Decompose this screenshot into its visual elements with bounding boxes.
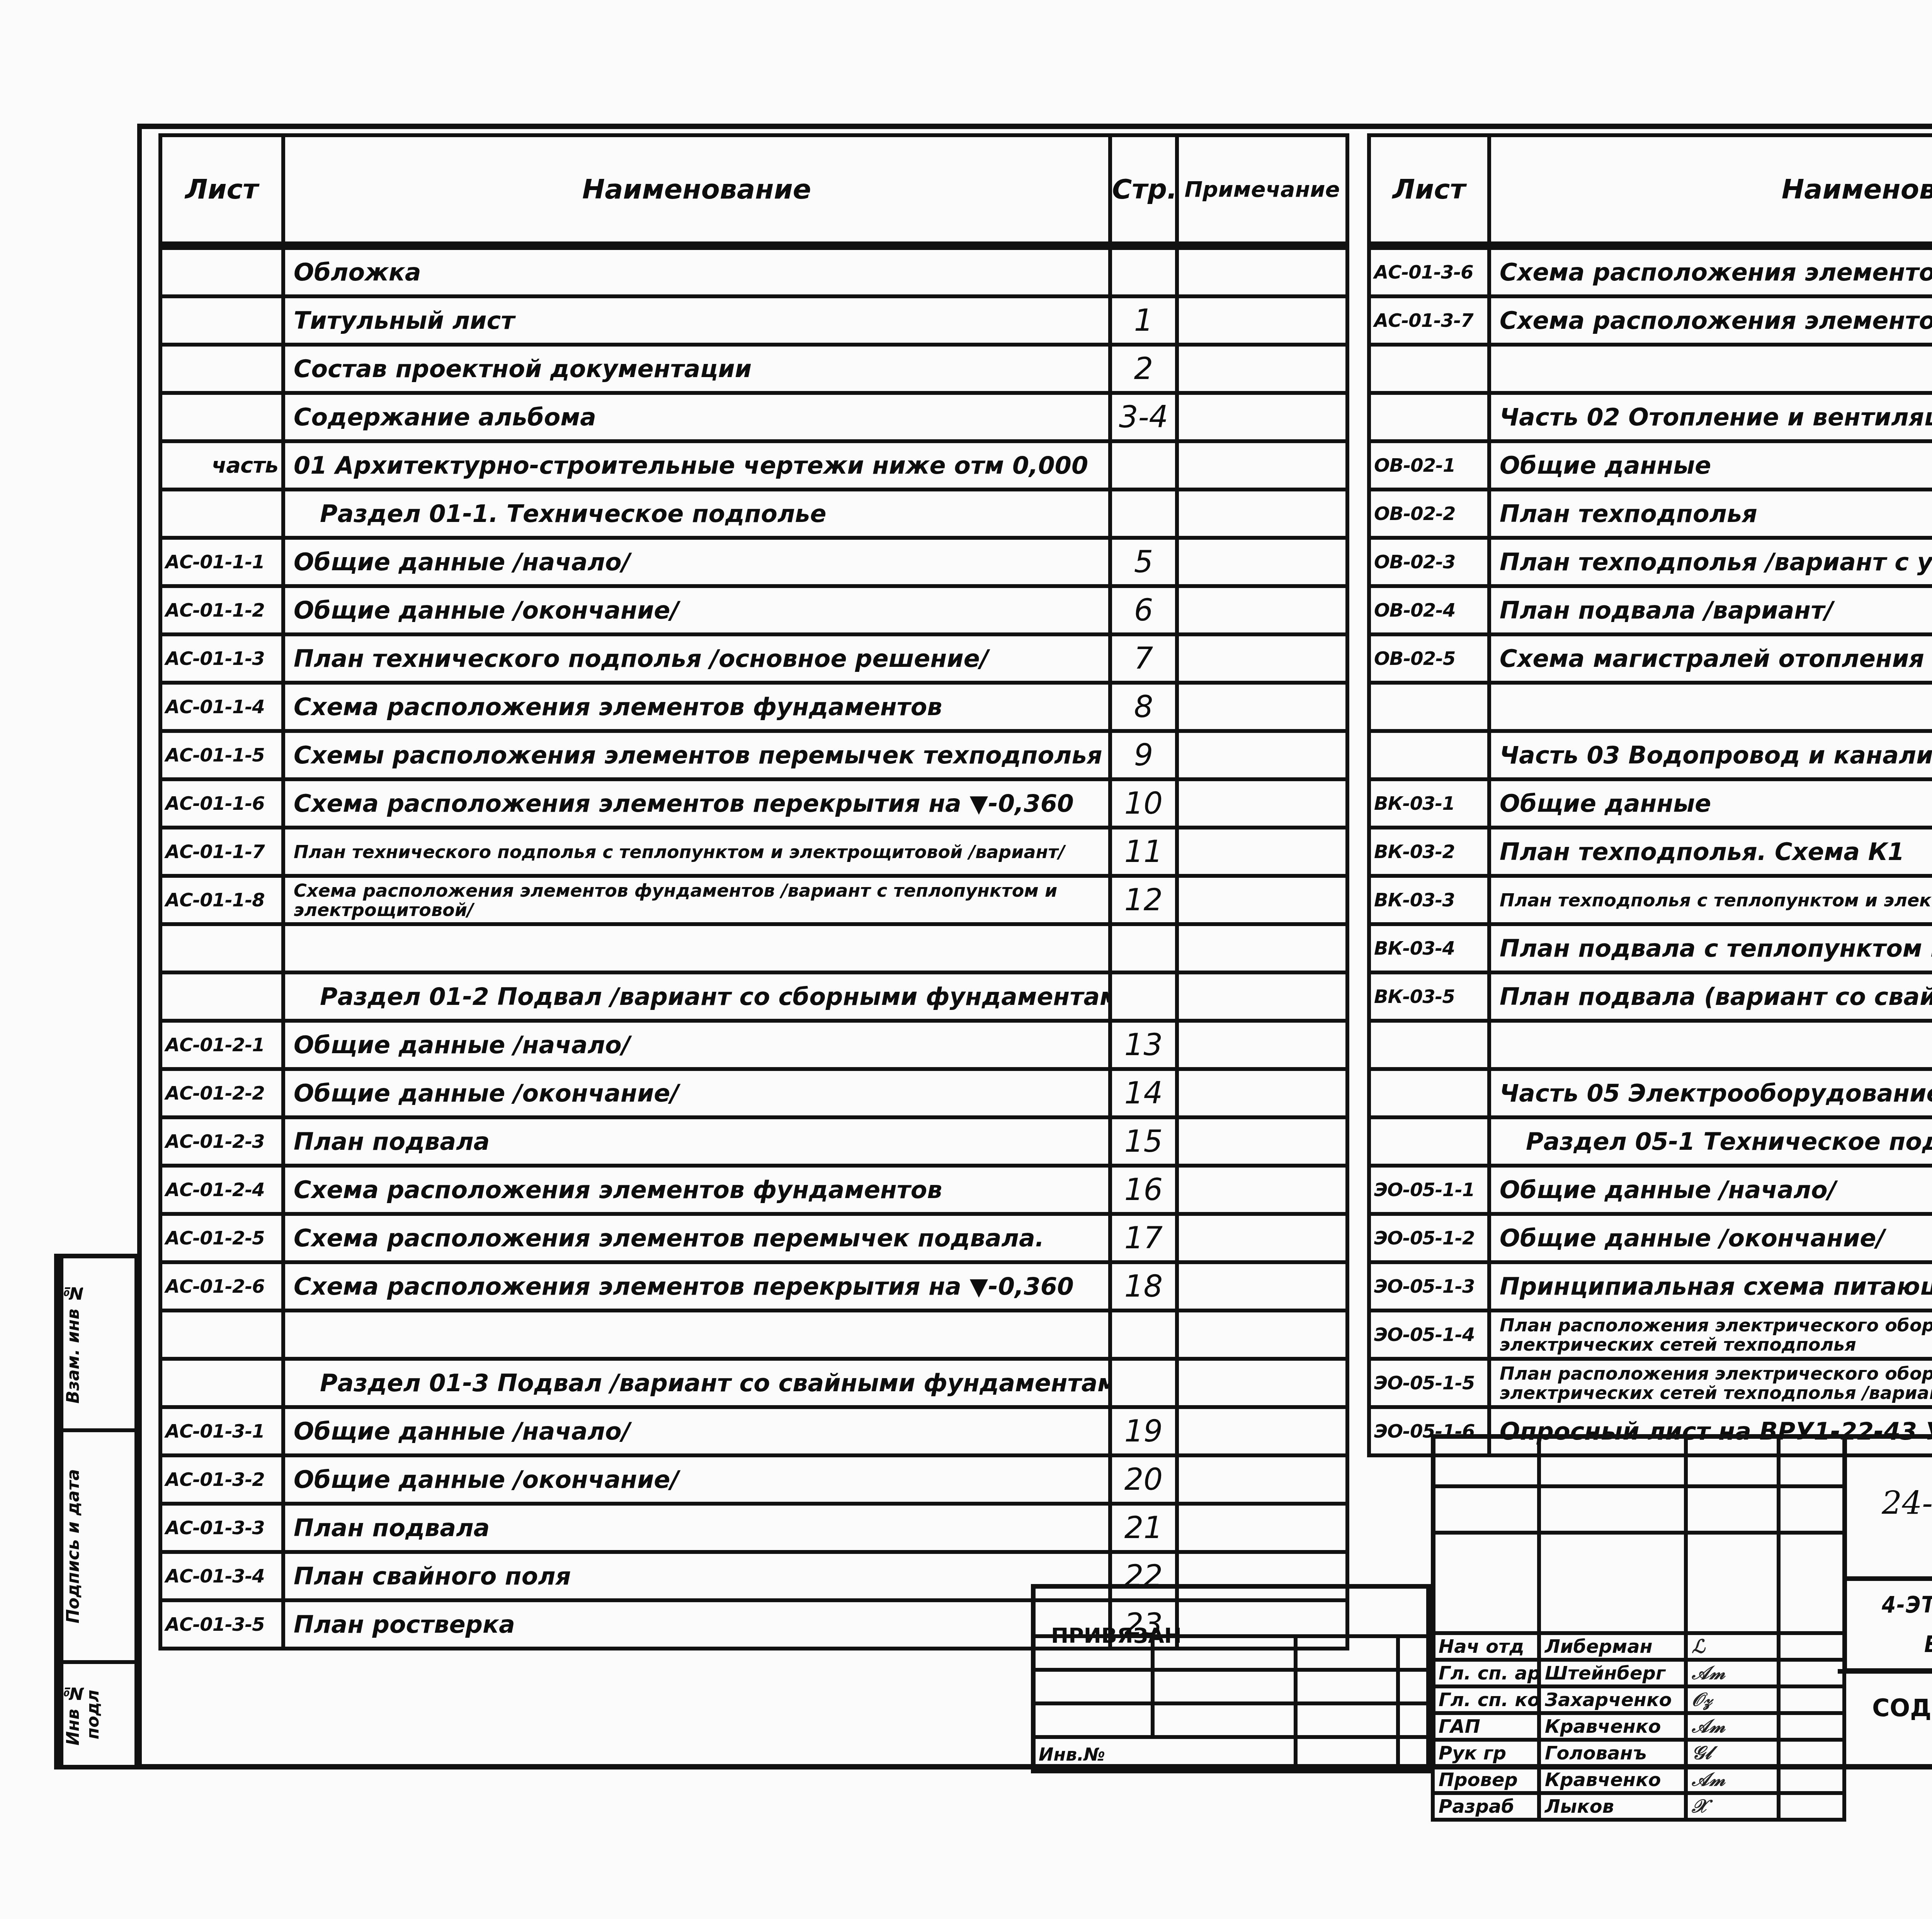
cell-name: Общие данные /окончание/ [283,1455,1110,1504]
privyazan-grid: Инв.№ [1031,1634,1435,1773]
signature: 𝒜𝓂 [1686,1660,1779,1686]
cell-name: Состав проектной документации [283,345,1110,393]
signature-date [1779,1740,1844,1766]
title-block: Нач отдЛиберманℒГл. сп. архШтейнберг𝒜𝓂Гл… [1431,1434,1932,1769]
cell-sheet [160,246,283,296]
cell-name: Общие данные /начало/ [283,1407,1110,1455]
cell-name: Схема расположения элементов перекрытия … [1489,296,1932,345]
signatory-name: Захарченко [1539,1686,1686,1713]
signatory-row: Рук грГолованъ𝒢𝓁 [1433,1740,1844,1766]
cell-note [1177,1214,1347,1262]
inventory-number-label: Инв.№ [1033,1737,1296,1771]
signatory-role: Рук гр [1433,1740,1539,1766]
table-row: Раздел 01-2 Подвал /вариант со сборными … [160,972,1347,1021]
signatory-name: Либерман [1539,1633,1686,1660]
table-row: АС-01-1-7План технического подполья с те… [160,828,1347,876]
cell-sheet [1369,731,1489,779]
cell-name: План подвала (вариант со свайными фундам… [1489,972,1932,1021]
side-stamp-label-replace: Взам. инв № [59,1258,98,1428]
table-row: Раздел 01-1. Техническое подполье [160,490,1347,538]
cell-page: 19 [1110,1407,1177,1455]
cell-page: 20 [1110,1455,1177,1504]
cell-name: Общие данные /начало/ [283,538,1110,586]
cell-name: Схема расположения элементов перемычек [1489,246,1932,296]
table-row: ЭО-05-1-2Общие данные /окончание/37 [1369,1214,1932,1262]
cell-sheet: часть [160,441,283,490]
cell-sheet: ВК-03-1 [1369,779,1489,828]
cell-sheet [1369,1069,1489,1117]
table-row: АС-01-2-6Схема расположения элементов пе… [160,1262,1347,1310]
table-row: АС-01-2-3План подвала15 [160,1117,1347,1166]
cell-name: План подвала [283,1117,1110,1166]
cell-page: 13 [1110,1021,1177,1069]
cell-note [1177,246,1347,296]
side-stamp-cell-replace: Взам. инв № [59,1258,134,1432]
cell-name: План техподполья /вариант с узлом управл… [1489,538,1932,586]
signatory-name: Кравченко [1539,1766,1686,1793]
cell-page: 15 [1110,1117,1177,1166]
cell-name: Общие данные /начало/ [1489,1166,1932,1214]
cell-name: 01 Архитектурно-строительные чертежи ниж… [283,441,1110,490]
cell-page: 21 [1110,1504,1177,1552]
cell-note [1177,1262,1347,1310]
cell-sheet: АС-01-3-1 [160,1407,283,1455]
object-title-line2-prefix: блок-секция [1924,1631,1932,1657]
privyazan-block: Привязан Инв.№ [1031,1584,1431,1769]
cell-note [1177,876,1347,924]
table-row: ВК-03-4План подвала с теплопунктом и эле… [1369,924,1932,972]
signatory-role: Провер [1433,1766,1539,1793]
cell-name: Титульный лист [283,296,1110,345]
cell-name: Обложка [283,246,1110,296]
cell-name: Схема расположения элементов фундаментов… [283,876,1110,924]
cell-page: 10 [1110,779,1177,828]
cell-sheet: ВК-03-5 [1369,972,1489,1021]
table-row: АС-01-1-4Схема расположения элементов фу… [160,683,1347,731]
cell-sheet: АС-01-3-7 [1369,296,1489,345]
table-row: АС-01-2-4Схема расположения элементов фу… [160,1166,1347,1214]
cell-sheet: ВК-03-2 [1369,828,1489,876]
toc-table-right: Лист Наименование Стр. Примечание АС-01-… [1367,133,1932,1457]
cell-name: План технического подполья с теплопункто… [283,828,1110,876]
table-row: АС-01-1-3План технического подполья /осн… [160,634,1347,683]
cell-name: Схема расположения элементов перекрытия … [283,1262,1110,1310]
signatory-role: Гл. сп. кон [1433,1686,1539,1713]
cell-name: Общие данные /начало/ [283,1021,1110,1069]
signature: 𝒜𝓂 [1686,1713,1779,1740]
table-row: АС-01-1-6Схема расположения элементов пе… [160,779,1347,828]
cell-name: План техподполья [1489,490,1932,538]
cell-name: План ростверка [283,1600,1110,1649]
cell-note [1177,828,1347,876]
cell-sheet: ОВ-02-1 [1369,441,1489,490]
table-row: АС-01-3-3План подвала21 [160,1504,1347,1552]
cell-sheet: ЭО-05-1-2 [1369,1214,1489,1262]
table-row: Часть 02 Отопление и вентиляция ниже отм… [1369,393,1932,441]
cell-page: 17 [1110,1214,1177,1262]
table-row: часть01 Архитектурно-строительные чертеж… [160,441,1347,490]
table-row: ОВ-02-2План техподполья27 [1369,490,1932,538]
cell-name: Схемы расположения элементов перемычек т… [283,731,1110,779]
cell-note [1177,586,1347,634]
signatory-row: ГАПКравченко𝒜𝓂 [1433,1713,1844,1740]
cell-page: 3-4 [1110,393,1177,441]
cell-name: Часть 02 Отопление и вентиляция ниже отм… [1489,393,1932,441]
cell-note [1177,779,1347,828]
table-row: Часть 03 Водопровод и канализация ниже о… [1369,731,1932,779]
cell-note [1177,1504,1347,1552]
signatory-name: Штейнберг [1539,1660,1686,1686]
table-row: ОВ-02-3План техподполья /вариант с узлом… [1369,538,1932,586]
table-row: ЭО-05-1-5План расположения электрическог… [1369,1359,1932,1407]
cell-name: Схема расположения элементов перемычек п… [283,1214,1110,1262]
cell-page: 18 [1110,1262,1177,1310]
table-row: ОВ-02-4План подвала /вариант/29 [1369,586,1932,634]
cell-page [1110,490,1177,538]
cell-page: 8 [1110,683,1177,731]
cell-page [1110,1310,1177,1359]
table-row: ВК-03-3План техподполья с теплопунктом и… [1369,876,1932,924]
col-header-name: Наименование [1489,135,1932,246]
side-stamp-cell-signature: Подпись и дата [59,1432,134,1664]
project-code-cell: 24-0218 87 [1842,1434,1932,1581]
table-row: Титульный лист1 [160,296,1347,345]
cell-note [1177,1166,1347,1214]
table-row: АС-01-1-2Общие данные /окончание/6 [160,586,1347,634]
cell-name: План технического подполья /основное реш… [283,634,1110,683]
toc-table-left: Лист Наименование Стр. Примечание Обложк… [158,133,1349,1650]
object-title-line1: 4-этажная 12-квартирная торцевая [1882,1592,1932,1618]
signatory-row: Гл. сп. конЗахарченко𝒪𝓏 [1433,1686,1844,1713]
col-header-page: Стр. [1110,135,1177,246]
cell-page: 7 [1110,634,1177,683]
cell-name: План свайного поля [283,1552,1110,1600]
cell-name: План техподполья. Схема К1 [1489,828,1932,876]
cell-name: План расположения электрического оборудо… [1489,1310,1932,1359]
table-row: Состав проектной документации2 [160,345,1347,393]
cell-sheet: ОВ-02-5 [1369,634,1489,683]
cell-note [1177,490,1347,538]
cell-page [1110,1359,1177,1407]
cell-name: План подвала с теплопунктом и электрощит… [1489,924,1932,972]
cell-sheet: АС-01-3-3 [160,1504,283,1552]
cell-sheet [1369,393,1489,441]
project-code: 24-0218 87 [1882,1485,1932,1522]
cell-sheet: ВК-03-4 [1369,924,1489,972]
table-row [160,1310,1347,1359]
signatory-role: Разраб [1433,1793,1539,1820]
cell-note [1177,1407,1347,1455]
cell-note [1177,731,1347,779]
table-row: Часть 05 Электрооборудование ниже отм. 0… [1369,1069,1932,1117]
signatory-name: Кравченко [1539,1713,1686,1740]
cell-sheet: АС-01-2-5 [160,1214,283,1262]
object-title-cell: 4-этажная 12-квартирная торцевая блок-се… [1842,1576,1932,1673]
cell-sheet [160,1310,283,1359]
signature: ℒ [1686,1633,1779,1660]
table-row: ВК-03-5План подвала (вариант со свайными… [1369,972,1932,1021]
cell-name [1489,345,1932,393]
cell-sheet: АС-01-3-6 [1369,246,1489,296]
signature: 𝒪𝓏 [1686,1686,1779,1713]
table-row: ОВ-02-1Общие данные26 [1369,441,1932,490]
cell-note [1177,924,1347,972]
cell-name: Часть 03 Водопровод и канализация ниже о… [1489,731,1932,779]
table-row: ЭО-05-1-4План расположения электрическог… [1369,1310,1932,1359]
signatory-row: ПроверКравченко𝒜𝓂 [1433,1766,1844,1793]
cell-page [1110,972,1177,1021]
table-row: АС-01-3-7Схема расположения элементов пе… [1369,296,1932,345]
cell-note [1177,683,1347,731]
cell-name: План техподполья с теплопунктом и электр… [1489,876,1932,924]
cell-sheet: АС-01-1-8 [160,876,283,924]
cell-sheet: АС-01-1-6 [160,779,283,828]
cell-note [1177,1117,1347,1166]
cell-name: Общие данные /окончание/ [283,1069,1110,1117]
cell-name [1489,1021,1932,1069]
cell-note [1177,393,1347,441]
cell-sheet: АС-01-1-4 [160,683,283,731]
cell-page: 6 [1110,586,1177,634]
signature: 𝒳 [1686,1793,1779,1820]
cell-page [1110,246,1177,296]
signatory-name: Лыков [1539,1793,1686,1820]
cell-sheet: АС-01-1-7 [160,828,283,876]
cell-name [283,924,1110,972]
cell-note [1177,634,1347,683]
cell-sheet [1369,683,1489,731]
table-row: АС-01-2-5Схема расположения элементов пе… [160,1214,1347,1262]
cell-sheet: ВК-03-3 [1369,876,1489,924]
signatory-role: Гл. сп. арх [1433,1660,1539,1686]
cell-sheet [160,393,283,441]
col-header-sheet: Лист [1369,135,1489,246]
toc-header-row: Лист Наименование Стр. Примечание [1369,135,1932,246]
signatory-row: Нач отдЛиберманℒ [1433,1633,1844,1660]
cell-page: 14 [1110,1069,1177,1117]
table-row: АС-01-1-1Общие данные /начало/5 [160,538,1347,586]
cell-page: 9 [1110,731,1177,779]
table-row: ВК-03-2План техподполья. Схема К132 [1369,828,1932,876]
table-row: Раздел 01-3 Подвал /вариант со свайными … [160,1359,1347,1407]
cell-name: Схема расположения элементов фундаментов [283,683,1110,731]
side-stamp-label-signature: Подпись и дата [59,1432,98,1660]
table-row: ОВ-02-5Схема магистралей отопления30 [1369,634,1932,683]
cell-sheet: АС-01-1-1 [160,538,283,586]
cell-page: 5 [1110,538,1177,586]
cell-sheet: ЭО-05-1-4 [1369,1310,1489,1359]
cell-name [1489,683,1932,731]
cell-sheet: ОВ-02-2 [1369,490,1489,538]
cell-sheet: АС-01-3-5 [160,1600,283,1649]
side-stamp: Взам. инв № Подпись и дата Инв № подл [54,1254,139,1769]
cell-sheet [160,1359,283,1407]
table-row: ЭО-05-1-1Общие данные /начало/36 [1369,1166,1932,1214]
cell-sheet [1369,345,1489,393]
cell-name: Общие данные /окончание/ [283,586,1110,634]
signatories-table: Нач отдЛиберманℒГл. сп. архШтейнберг𝒜𝓂Гл… [1431,1434,1846,1822]
cell-sheet: АС-01-3-4 [160,1552,283,1600]
table-row [1369,683,1932,731]
cell-sheet: АС-01-1-5 [160,731,283,779]
col-header-sheet: Лист [160,135,283,246]
signatory-row: РазрабЛыков𝒳 [1433,1793,1844,1820]
cell-name: Содержание альбома [283,393,1110,441]
cell-note [1177,1069,1347,1117]
cell-sheet [160,296,283,345]
cell-name [283,1310,1110,1359]
cell-name: План расположения электрического оборудо… [1489,1359,1932,1407]
cell-name: Раздел 05-1 Техническое подполье [1489,1117,1932,1166]
signature-date [1779,1686,1844,1713]
table-row: Обложка [160,246,1347,296]
cell-sheet: АС-01-1-2 [160,586,283,634]
sheet-title-line1: Содержание альбома [1872,1694,1932,1722]
table-row: АС-01-3-2Общие данные /окончание/20 [160,1455,1347,1504]
cell-sheet: АС-01-2-1 [160,1021,283,1069]
cell-sheet: АС-01-2-4 [160,1166,283,1214]
table-row [160,924,1347,972]
cell-name: Общие данные [1489,779,1932,828]
col-header-note: Примечание [1177,135,1347,246]
cell-name: Общие данные /окончание/ [1489,1214,1932,1262]
signature-date [1779,1713,1844,1740]
table-row: АС-01-1-5Схемы расположения элементов пе… [160,731,1347,779]
cell-note [1177,345,1347,393]
cell-note [1177,296,1347,345]
cell-note [1177,538,1347,586]
table-row: Раздел 05-1 Техническое подполье [1369,1117,1932,1166]
cell-name: Общие данные [1489,441,1932,490]
cell-sheet: ЭО-05-1-1 [1369,1166,1489,1214]
cell-page: 11 [1110,828,1177,876]
col-header-name: Наименование [283,135,1110,246]
cell-sheet [1369,1021,1489,1069]
table-row: ЭО-05-1-3Принципиальная схема питающих с… [1369,1262,1932,1310]
table-row: Содержание альбома3-4 [160,393,1347,441]
cell-name: План подвала /вариант/ [1489,586,1932,634]
signature-date [1779,1766,1844,1793]
cell-page [1110,924,1177,972]
cell-sheet: ОВ-02-4 [1369,586,1489,634]
signatory-name: Голованъ [1539,1740,1686,1766]
cell-sheet: АС-01-1-3 [160,634,283,683]
cell-page: 16 [1110,1166,1177,1214]
cell-sheet: АС-01-2-6 [160,1262,283,1310]
cell-sheet [160,490,283,538]
cell-sheet: АС-01-2-2 [160,1069,283,1117]
table-row [1369,345,1932,393]
cell-sheet [1369,1117,1489,1166]
cell-name: Раздел 01-2 Подвал /вариант со сборными … [283,972,1110,1021]
cell-name: План подвала [283,1504,1110,1552]
cell-name: Схема расположения элементов перекрытия … [283,779,1110,828]
side-stamp-cell-inventory: Инв № подл [59,1664,134,1765]
cell-note [1177,972,1347,1021]
cell-note [1177,441,1347,490]
cell-name: Часть 05 Электрооборудование ниже отм. 0… [1489,1069,1932,1117]
signatory-row: Гл. сп. архШтейнберг𝒜𝓂 [1433,1660,1844,1686]
cell-name: Схема расположения элементов фундаментов [283,1166,1110,1214]
cell-page: 1 [1110,296,1177,345]
cell-note [1177,1359,1347,1407]
signature: 𝒜𝓂 [1686,1766,1779,1793]
cell-name: Раздел 01-1. Техническое подполье [283,490,1110,538]
signature-date [1779,1660,1844,1686]
cell-sheet [160,345,283,393]
table-row [1369,1021,1932,1069]
table-row: ВК-03-1Общие данные31 [1369,779,1932,828]
cell-page: 12 [1110,876,1177,924]
cell-sheet: АС-01-3-2 [160,1455,283,1504]
cell-note [1177,1021,1347,1069]
cell-sheet: ЭО-05-1-5 [1369,1359,1489,1407]
cell-name: Принципиальная схема питающих сетей [1489,1262,1932,1310]
signature-date [1779,1793,1844,1820]
cell-note [1177,1310,1347,1359]
table-row: АС-01-2-2Общие данные /окончание/14 [160,1069,1347,1117]
cell-sheet: АС-01-2-3 [160,1117,283,1166]
signatory-role: ГАП [1433,1713,1539,1740]
signatory-role: Нач отд [1433,1633,1539,1660]
cell-page [1110,441,1177,490]
cell-sheet: ЭО-05-1-3 [1369,1262,1489,1310]
table-row: АС-01-3-6Схема расположения элементов пе… [1369,246,1932,296]
side-stamp-label-inventory: Инв № подл [59,1664,98,1765]
divider [1838,1669,1932,1674]
table-row: АС-01-2-1Общие данные /начало/13 [160,1021,1347,1069]
cell-page: 2 [1110,345,1177,393]
cell-note [1177,1455,1347,1504]
cell-sheet [160,972,283,1021]
cell-sheet [160,924,283,972]
cell-name: Раздел 01-3 Подвал /вариант со свайными … [283,1359,1110,1407]
signature-date [1779,1633,1844,1660]
cell-name: Схема магистралей отопления [1489,634,1932,683]
toc-header-row: Лист Наименование Стр. Примечание [160,135,1347,246]
table-row: АС-01-3-1Общие данные /начало/19 [160,1407,1347,1455]
table-row: АС-01-1-8Схема расположения элементов фу… [160,876,1347,924]
signature: 𝒢𝓁 [1686,1740,1779,1766]
cell-sheet: ОВ-02-3 [1369,538,1489,586]
